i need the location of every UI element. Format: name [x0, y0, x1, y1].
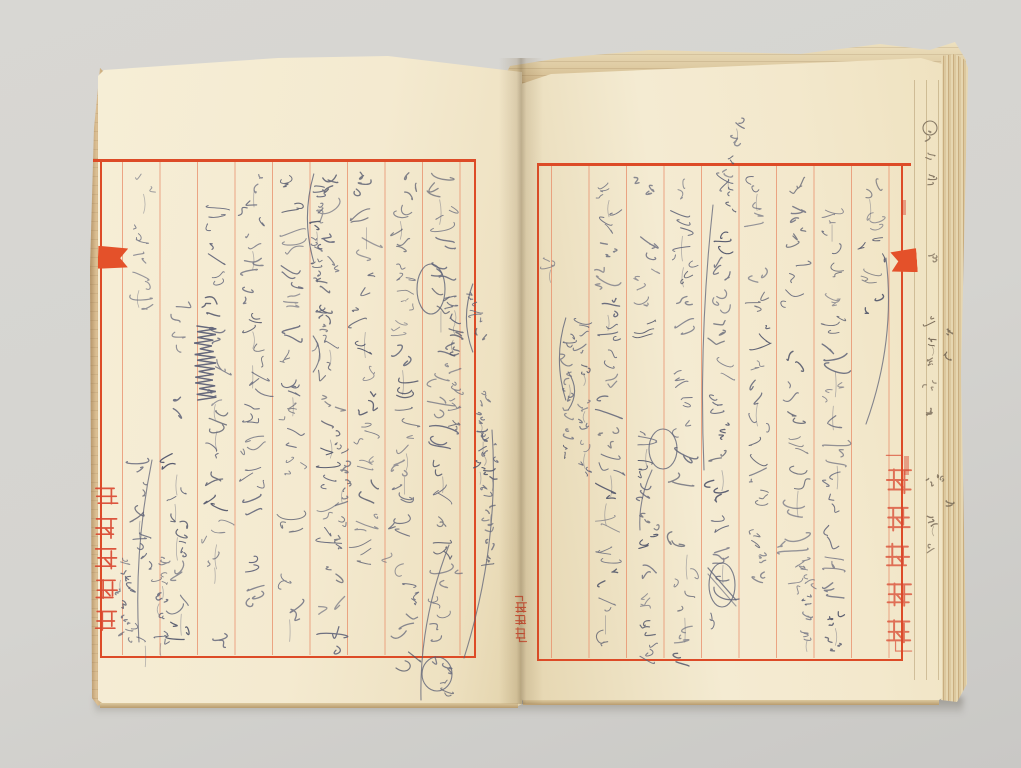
- right-page-column-rules: [551, 166, 891, 658]
- photo-open-manuscript-book: Photograph of an open bound Japanese gov…: [0, 0, 1021, 768]
- left-page-column-rules: [122, 162, 461, 655]
- right-page-bottom-edge: [523, 700, 939, 705]
- left-page-bottom-edge: [100, 703, 518, 708]
- fore-edge-page-stack: [941, 54, 968, 704]
